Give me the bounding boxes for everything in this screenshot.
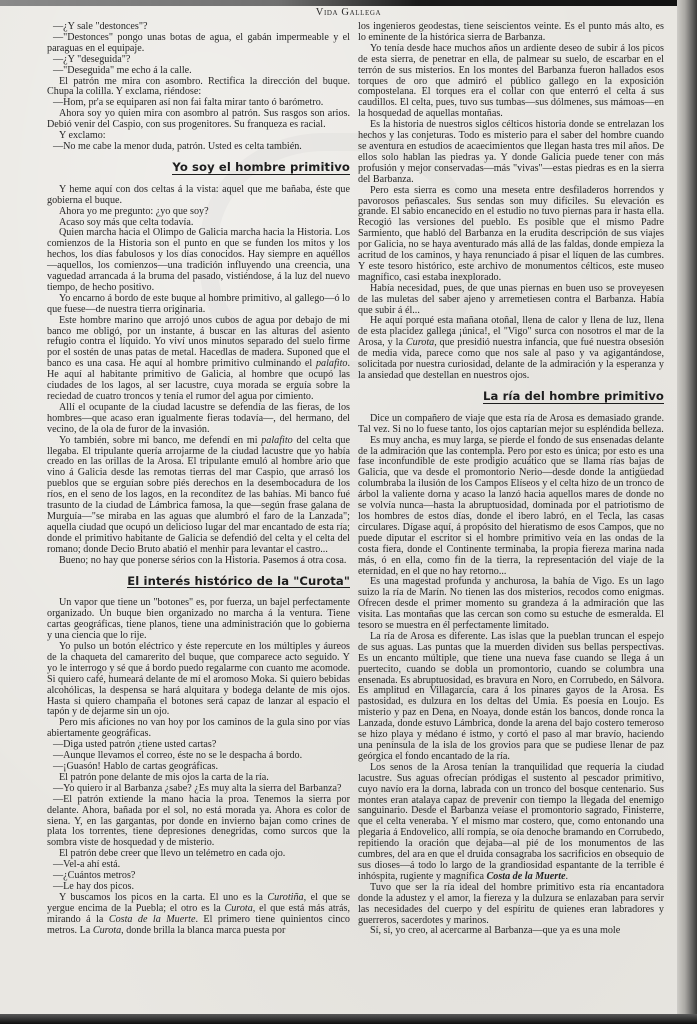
paragraph: Quien marcha hacia el Olimpo de Galicia … <box>47 228 350 293</box>
paragraph: —El patrón extiende la mano hacia la pro… <box>47 795 350 850</box>
paragraph: Ahora soy yo quien mira con asombro al p… <box>47 109 350 131</box>
paragraph: Tuvo que ser la ría ideal del hombre pri… <box>358 883 664 927</box>
paragraph: Bueno; no hay que ponerse sérios con la … <box>47 556 350 567</box>
paragraph: Los senos de la Arosa tenían la tranquil… <box>358 763 664 883</box>
paragraph: Pero esta sierra es como una meseta entr… <box>358 186 664 284</box>
paragraph: los ingenieros geodestas, tiene seiscien… <box>358 22 664 44</box>
paragraph: Y heme aquí con dos celtas á la vista: a… <box>47 185 350 207</box>
section-heading: Yo soy el hombre primitivo <box>172 162 350 175</box>
paragraph: —No me cabe la menor duda, patrón. Usted… <box>47 142 350 153</box>
paragraph: Sí, sí, yo creo, al acercarme al Barbanz… <box>358 926 664 937</box>
newspaper-page: Vida Gallega —¿Y sale "destonces"? —"Des… <box>0 3 680 1017</box>
section-heading: La ría del hombre primitivo <box>483 391 664 404</box>
paragraph: Dice un compañero de viaje que esta ría … <box>358 414 664 436</box>
running-head: Vida Gallega <box>0 7 680 18</box>
paragraph: Es muy ancha, es muy larga, se pierde el… <box>358 436 664 578</box>
paragraph: Ahora yo me pregunto: ¿yo que soy? <box>47 207 350 218</box>
paragraph: Es una magestad profunda y anchurosa, la… <box>358 577 664 632</box>
scan-top-edge <box>0 0 697 6</box>
paragraph: La ría de Arosa es diferente. Las islas … <box>358 632 664 763</box>
paragraph: Yo tenía desde hace muchos años un ardie… <box>358 44 664 120</box>
paragraph: Había necesidad, pues, de que unas piern… <box>358 284 664 317</box>
right-column: los ingenieros geodestas, tiene seiscien… <box>358 22 664 937</box>
paragraph: Yo pulso un botón eléctrico y éste reper… <box>47 642 350 718</box>
paragraph: Y buscamos los picos en la carta. El uno… <box>47 893 350 937</box>
paragraph: Yo también, sobre mi banco, me defendí e… <box>47 436 350 556</box>
paragraph: Pero mis aficiones no van hoy por los ca… <box>47 718 350 740</box>
paragraph: —"Deseguida" me echo á la calle. <box>47 66 350 77</box>
paragraph: Allí el ocupante de la ciudad lacustre s… <box>47 403 350 436</box>
scan-bottom-edge <box>0 1014 697 1024</box>
paragraph: Este hombre marino que arrojó unos cubos… <box>47 316 350 403</box>
paragraph: He aquí porqué esta mañana otoñal, llena… <box>358 316 664 381</box>
paragraph: —¿Y "deseguida"? <box>47 55 350 66</box>
left-column: —¿Y sale "destonces"? —"Destonces" pongo… <box>47 22 350 937</box>
paragraph: El patrón me mira con asombro. Rectifica… <box>47 77 350 99</box>
scan-right-edge <box>677 0 697 1024</box>
paragraph: —"Destonces" pongo unas botas de agua, e… <box>47 33 350 55</box>
paragraph: Yo encarno á bordo de este buque al homb… <box>47 294 350 316</box>
paragraph: Es la historia de nuestros siglos céltic… <box>358 120 664 185</box>
section-heading: El interés histórico de la "Curota" <box>127 576 350 589</box>
paragraph: Un vapor que tiene un "botones" es, por … <box>47 598 350 642</box>
